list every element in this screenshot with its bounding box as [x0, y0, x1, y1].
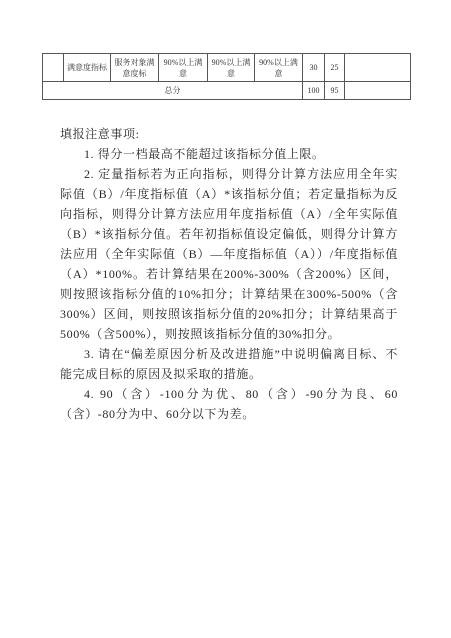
filing-notes-section: 填报注意事项: 1. 得分一档最高不能超过该指标分值上限。 2. 定量指标若为正… [60, 124, 398, 424]
total-score-row: 总分 100 95 [43, 82, 411, 100]
satisfaction-target-cell-3: 90%以上满意 [255, 54, 303, 82]
total-self-score-cell: 95 [325, 82, 345, 100]
document-page: 满意度指标 服务对象满意度标 90%以上满意 90%以上满意 90%以上满意 3… [0, 0, 451, 638]
satisfaction-self-score-cell: 25 [325, 54, 345, 82]
note-item-3: 3. 请在“偏差原因分析及改进措施”中说明偏离目标、不能完成目标的原因及拟采取的… [60, 344, 398, 384]
note-item-2: 2. 定量指标若为正向指标，则得分计算方法应用全年实际值（B）/年度指标值（A）… [60, 164, 398, 344]
satisfaction-target-cell-2: 90%以上满意 [208, 54, 255, 82]
notes-heading: 填报注意事项: [60, 124, 398, 144]
total-max-score-cell: 100 [303, 82, 325, 100]
note-item-4: 4. 90（含）-100分为优、80（含）-90分为良、60（含）-80分为中、… [60, 384, 398, 424]
total-note-cell [345, 82, 411, 100]
satisfaction-indicator-name-cell: 服务对象满意度标 [111, 54, 159, 82]
total-label-cell: 总分 [43, 82, 303, 100]
satisfaction-target-cell-1: 90%以上满意 [159, 54, 208, 82]
score-table: 满意度指标 服务对象满意度标 90%以上满意 90%以上满意 90%以上满意 3… [42, 53, 411, 100]
empty-left-cell [43, 54, 64, 82]
satisfaction-category-cell: 满意度指标 [64, 54, 111, 82]
satisfaction-indicator-row: 满意度指标 服务对象满意度标 90%以上满意 90%以上满意 90%以上满意 3… [43, 54, 411, 82]
satisfaction-max-score-cell: 30 [303, 54, 325, 82]
satisfaction-note-cell [345, 54, 411, 82]
note-item-1: 1. 得分一档最高不能超过该指标分值上限。 [60, 144, 398, 164]
